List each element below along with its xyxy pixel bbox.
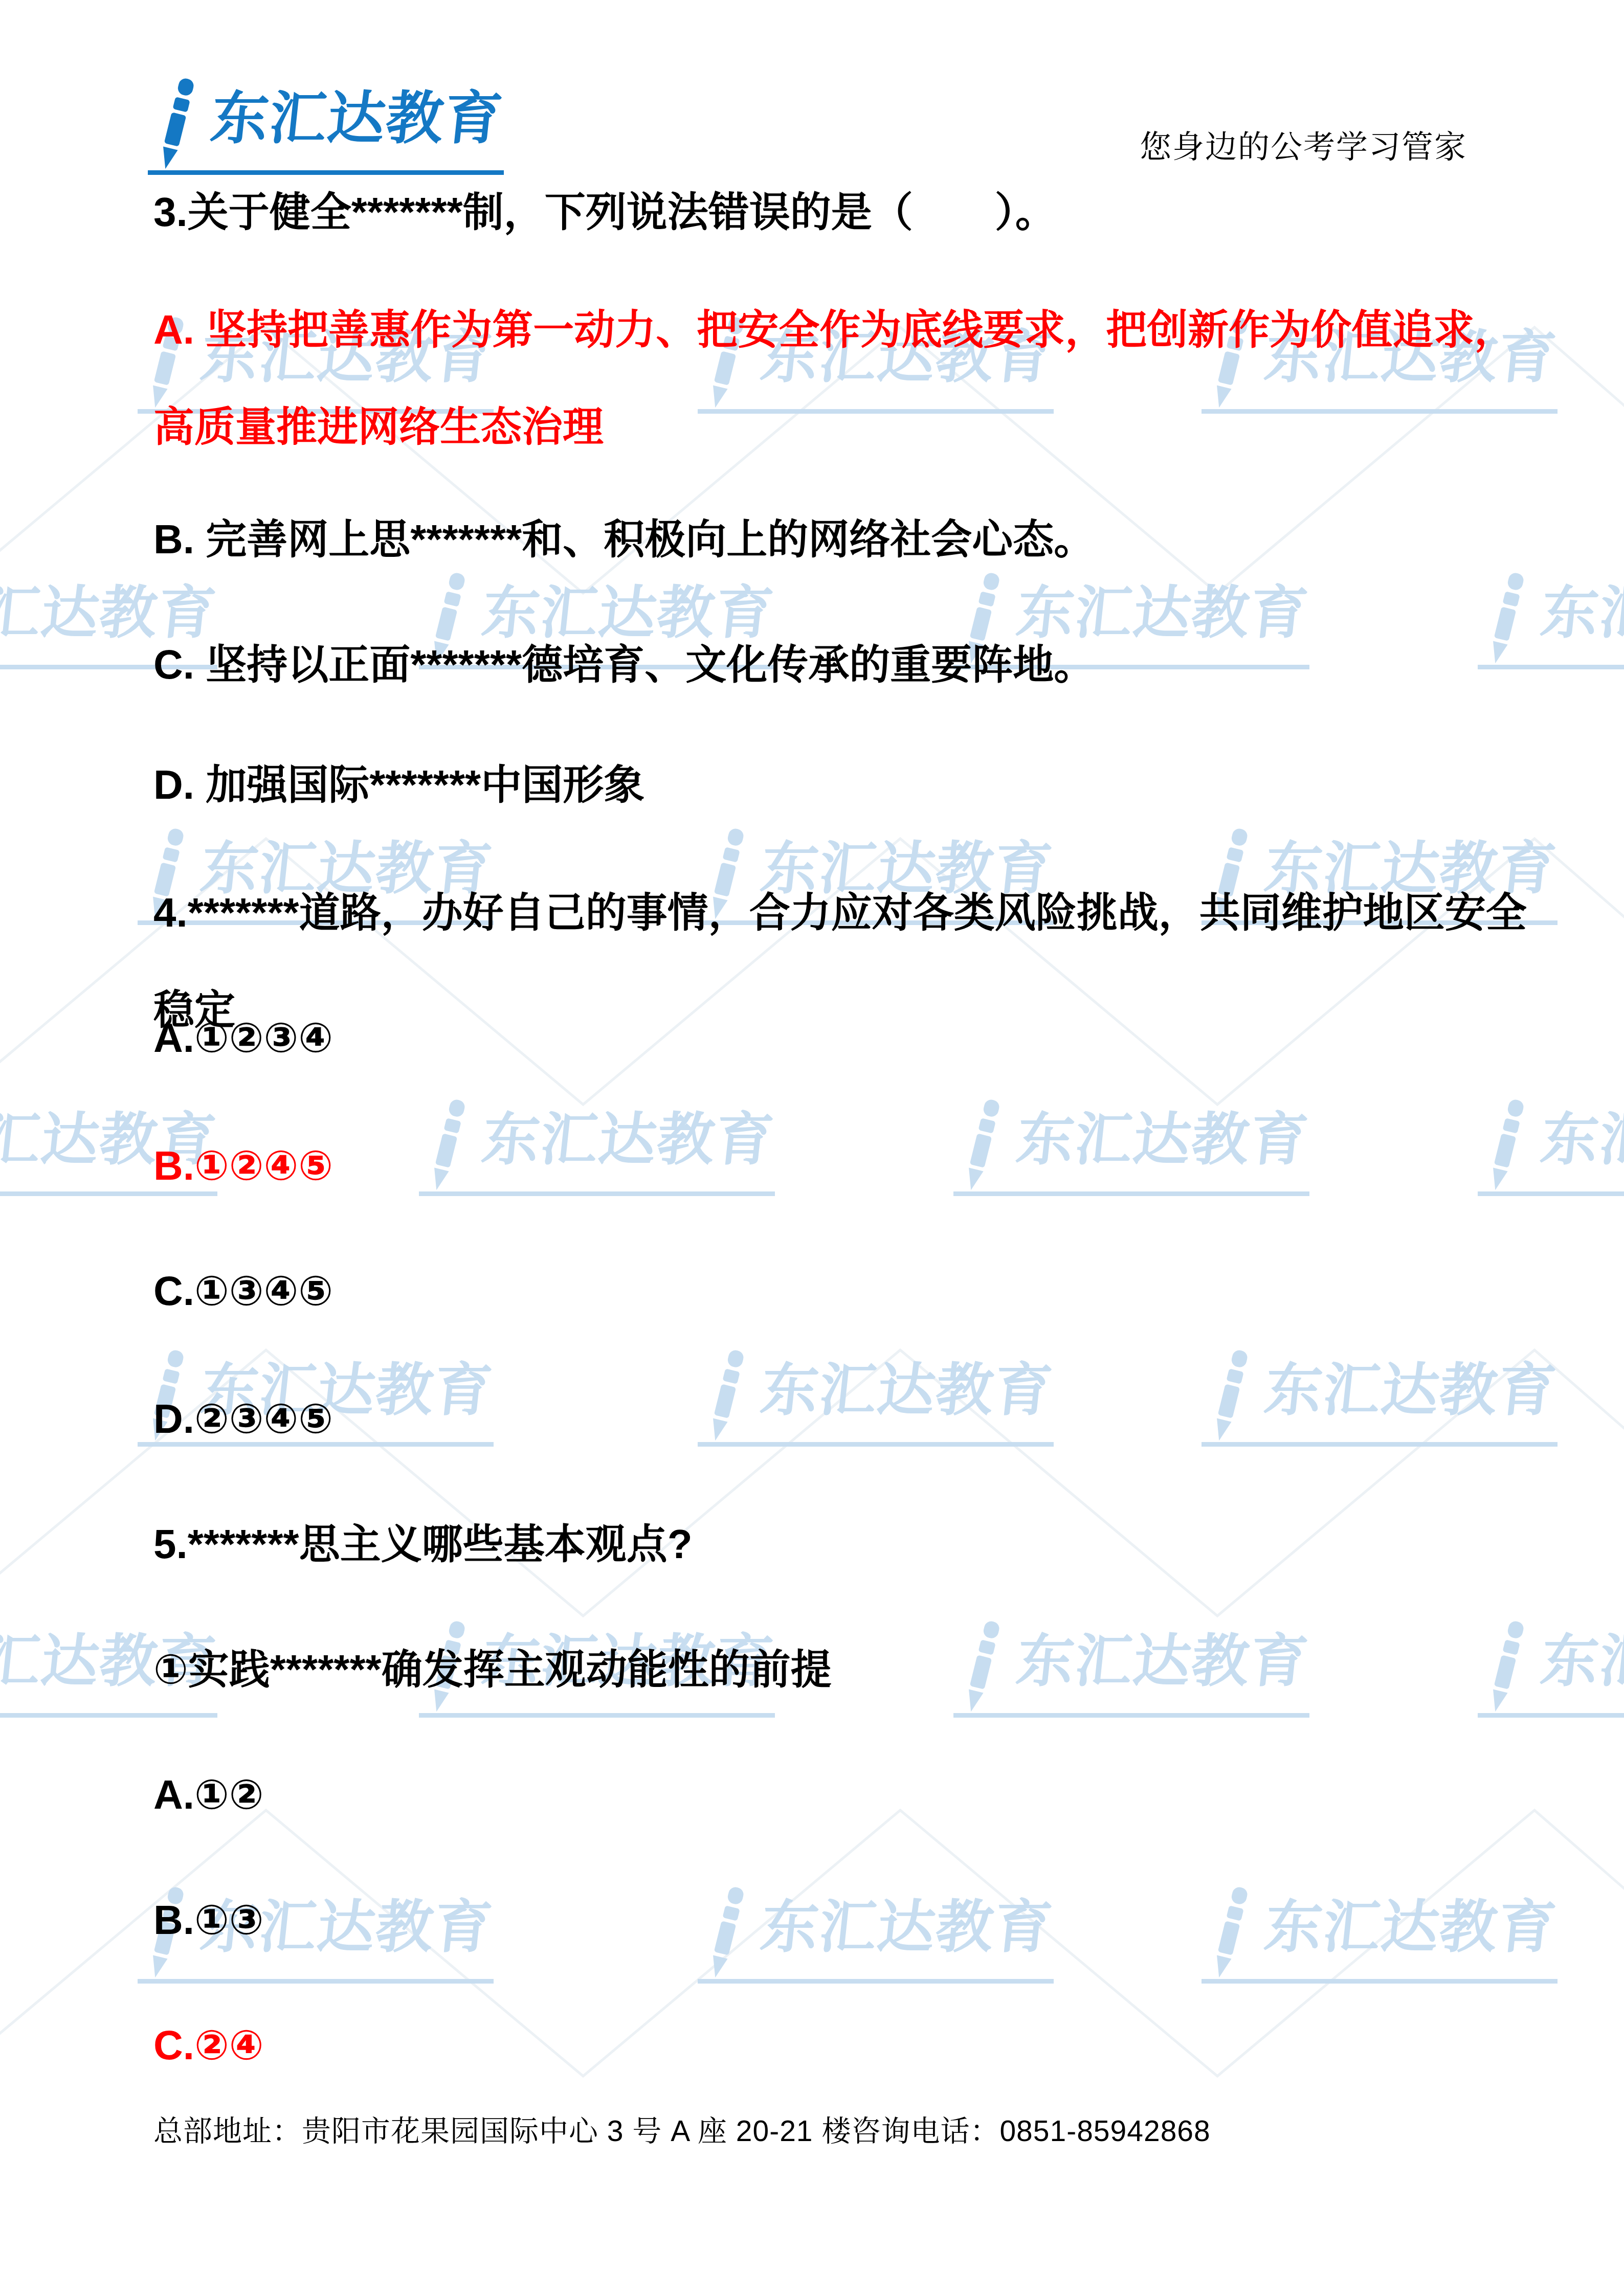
company-logo-text: 东汇达教育 [208, 90, 506, 147]
watermark-underline [138, 1979, 494, 1984]
question-3-stem: 3.关于健全*******制，下列说法错误的是（ ）。 [153, 164, 1550, 261]
watermark-text: 东汇达教育 [1538, 1111, 1624, 1168]
question-5-sub-item-1: ①实践*******确发挥主观动能性的前提 [153, 1621, 1550, 1718]
question-3-option-c: C. 坚持以正面*******德培育、文化传承的重要阵地。 [153, 616, 1550, 713]
question-5-option-c: C.②④ [153, 1997, 1550, 2094]
exam-document-page: 东汇达教育 东汇达教育 [0, 0, 1624, 2296]
question-4-option-c: C.①③④⑤ [153, 1243, 1550, 1340]
pencil-icon [146, 76, 207, 173]
company-logo: 东汇达教育 [146, 76, 504, 178]
question-4-option-d: D.②③④⑤ [153, 1370, 1550, 1468]
question-3-option-a: A. 坚持把善惠作为第一动力、把安全作为底线要求，把创新作为价值追求，高质量推进… [153, 281, 1550, 476]
watermark-text: 东汇达教育 [1538, 584, 1624, 642]
watermark-underline [698, 1979, 1054, 1984]
question-3-option-b: B. 完善网上思*******和、积极向上的网络社会心态。 [153, 491, 1550, 588]
question-5-option-b: B.①③ [153, 1872, 1550, 1969]
question-5-stem: 5.*******思主义哪些基本观点? [153, 1496, 1550, 1593]
watermark-text: 东汇达教育 [1538, 1633, 1624, 1690]
question-4-option-b: B.①②④⑤ [153, 1117, 1550, 1214]
company-tagline: 您身边的公考学习管家 [1140, 122, 1467, 167]
question-4-option-a: A.①②③④ [153, 989, 1550, 1087]
footer-address: 总部地址：贵阳市花果园国际中心 3 号 A 座 20-21 楼咨询电话：0851… [153, 2111, 1211, 2152]
watermark-underline [1202, 1979, 1558, 1984]
question-5-option-a: A.①② [153, 1746, 1550, 1843]
company-logo-underline [148, 170, 504, 175]
question-3-option-d: D. 加强国际*******中国形象 [153, 736, 1550, 834]
